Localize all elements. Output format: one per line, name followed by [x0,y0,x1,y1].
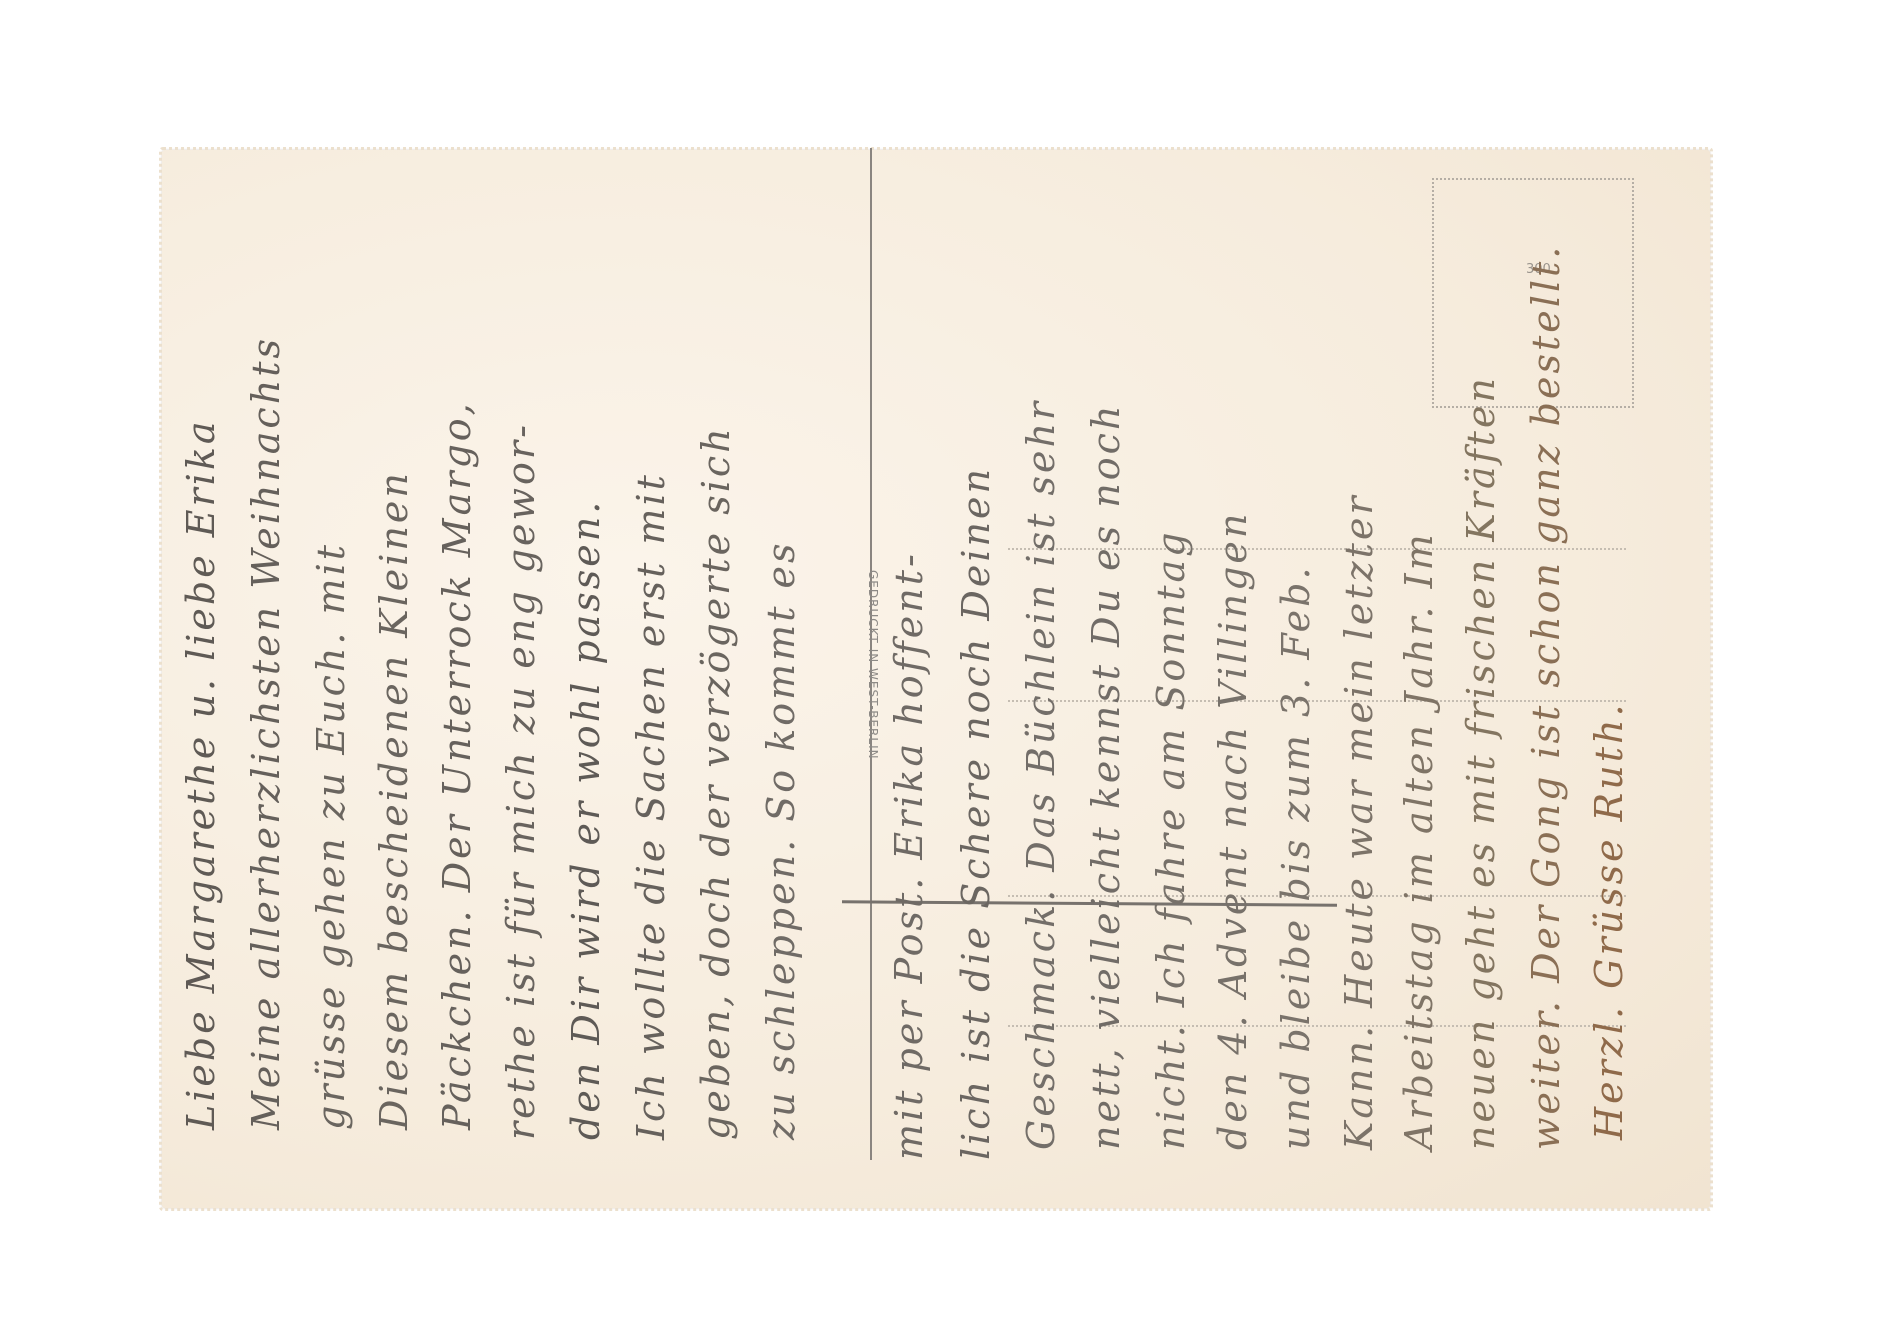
handwritten-line: lich ist die Schere noch Deinen [957,190,995,1160]
handwritten-line: weiter. Der Gong ist schon ganz bestellt… [1527,150,1565,1150]
handwritten-line: grüsse gehen zu Euch. mit [312,190,350,1130]
handwritten-line: Päckchen. Der Unterrock Margo, [438,150,476,1130]
handwritten-line: rethe ist für mich zu eng gewor- [502,150,540,1140]
handwritten-line: geben, doch der verzögerte sich [697,150,735,1140]
handwritten-line: den 4. Advent nach Villingen [1214,170,1252,1150]
handwritten-line: den Dir wird er wohl passen. [567,170,605,1140]
handwritten-line: Arbeitstag im alten Jahr. Im [1400,300,1438,1150]
handwritten-line: nett, vielleicht kennst Du es noch [1087,150,1125,1150]
handwritten-line: Herzl. Grüsse Ruth. [1590,580,1628,1140]
handwritten-line: Meine allerherzlichsten Weihnachts [247,150,285,1130]
postcard: GEDRUCKT IN WEST-BERLIN 300 Liebe Margar… [162,150,1710,1208]
handwritten-line: mit per Post. Erika hoffent- [890,170,928,1160]
handwritten-line: Geschmack. Das Büchlein ist sehr [1022,150,1060,1150]
handwritten-line: nicht. Ich fahre am Sonntag [1152,180,1190,1150]
handwritten-line: neuen geht es mit frischen Kräften [1462,160,1500,1150]
handwritten-line: Liebe Margarethe u. liebe Erika [182,150,220,1130]
handwritten-line: und bleibe bis zum 3. Feb. [1277,230,1315,1150]
handwritten-line: zu schleppen. So kommt es [762,630,800,1140]
handwritten-line: Diesem bescheidenen Kleinen [375,150,413,1130]
handwritten-line: Ich wollte die Sachen erst mit [632,150,670,1140]
handwritten-line: Kann. Heute war mein letzter [1340,270,1378,1150]
handwritten-message: Liebe Margarethe u. liebe Erika Meine al… [162,150,1710,1208]
